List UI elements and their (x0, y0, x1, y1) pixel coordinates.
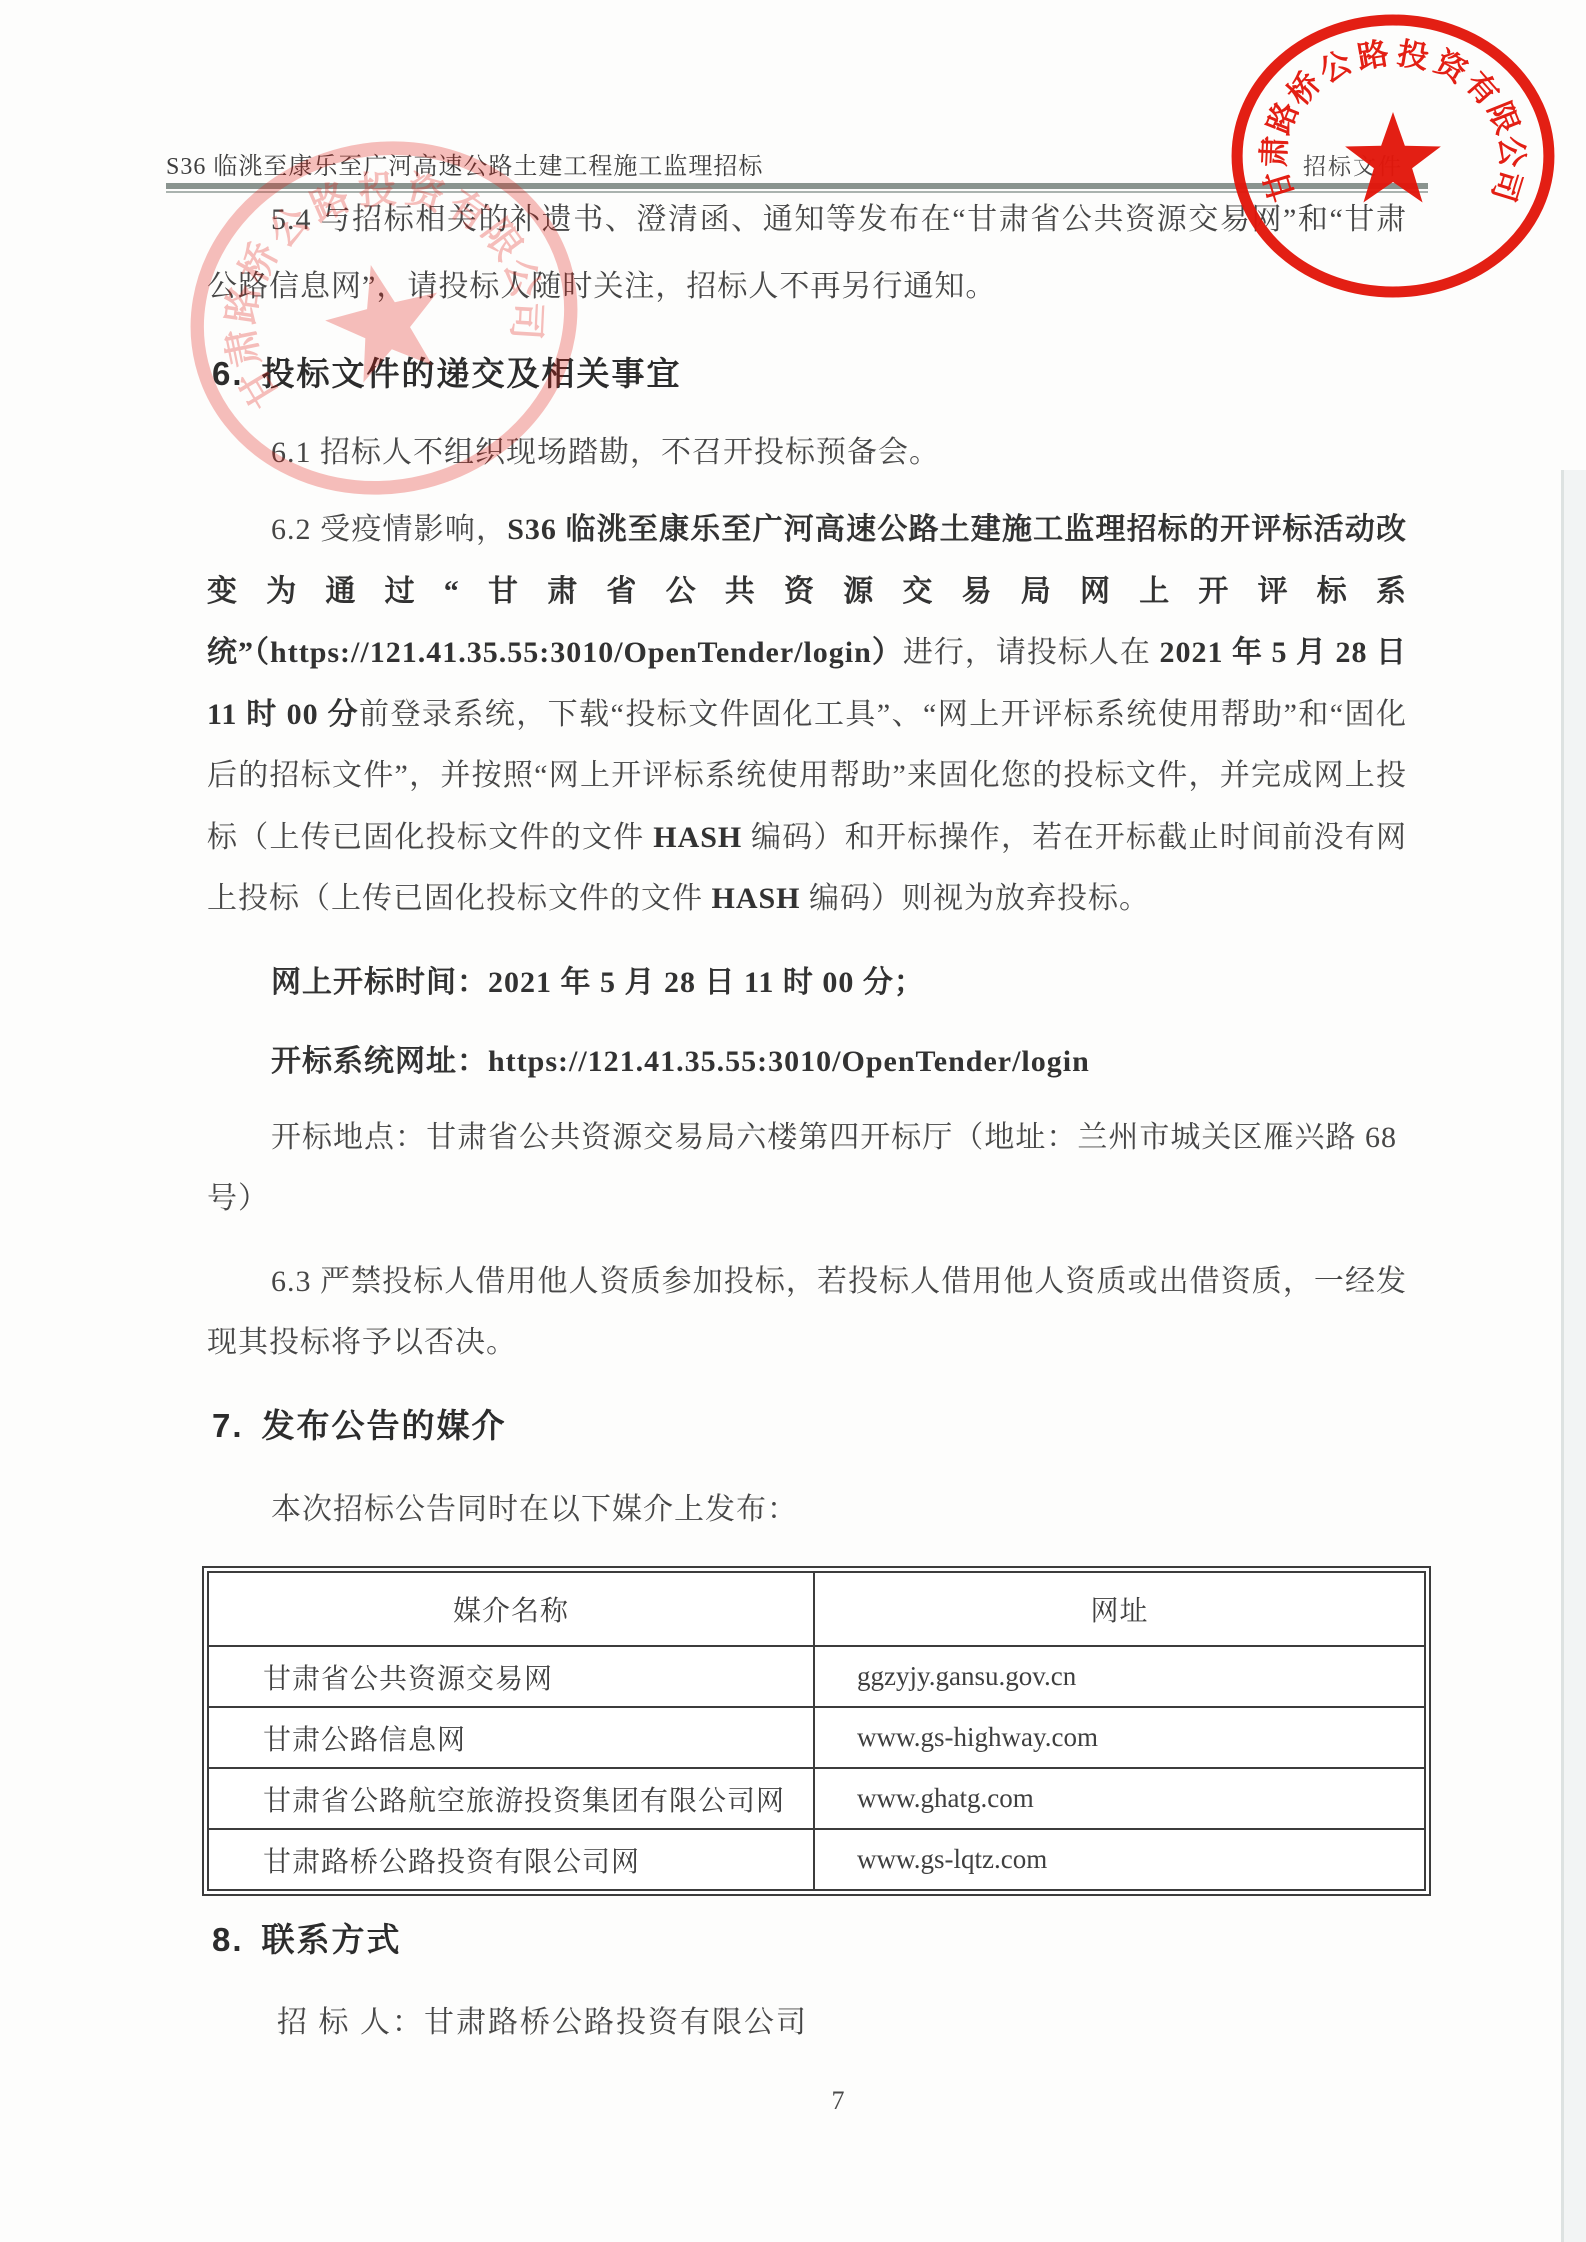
media-table-grid: 媒介名称 网址 甘肃省公共资源交易网ggzyjy.gansu.gov.cn甘肃公… (207, 1571, 1426, 1891)
paragraph-5-4: 5.4 与招标相关的补遗书、澄清函、通知等发布在“甘肃省公共资源交易网”和“甘肃… (207, 186, 1407, 320)
media-url-cell: www.ghatg.com (814, 1768, 1425, 1829)
header-divider-thin-line (166, 191, 1428, 193)
text-segment: 招 标 人：甘肃路桥公路投资有限公司 (277, 2006, 808, 2039)
paragraph-open-place: 开标地点：甘肃省公共资源交易局六楼第四开标厅（地址：兰州市城关区雁兴路 68 号… (207, 1107, 1397, 1229)
text-segment: 6.1 招标人不组织现场踏勘，不召开投标预备会。 (271, 436, 940, 469)
text-segment: 开标系统网址：https://121.41.35.55:3010/OpenTen… (271, 1045, 1090, 1078)
media-table-row: 甘肃省公共资源交易网ggzyjy.gansu.gov.cn (208, 1646, 1425, 1707)
paragraph-tenderer: 招 标 人：甘肃路桥公路投资有限公司 (207, 1998, 1477, 2048)
header-document-title: S36 临洮至康乐至广河高速公路土建工程施工监理招标 (166, 146, 763, 181)
media-table-header-row: 媒介名称 网址 (208, 1572, 1425, 1646)
section-6-title: 投标文件的递交及相关事宜 (262, 348, 682, 395)
seal-character: 路 (1261, 97, 1305, 139)
section-7-title: 发布公告的媒介 (262, 1400, 507, 1447)
paragraph-media-intro: 本次招标公告同时在以下媒介上发布： (207, 1484, 1407, 1536)
media-table-row: 甘肃路桥公路投资有限公司网www.gs-lqtz.com (208, 1829, 1425, 1890)
text-segment: 6.2 受疫情影响， (271, 513, 507, 546)
media-url-cell: ggzyjy.gansu.gov.cn (814, 1646, 1425, 1707)
media-name-cell: 甘肃公路信息网 (208, 1707, 814, 1768)
section-7-heading: 7. 发布公告的媒介 (212, 1400, 507, 1447)
section-6-number: 6. (212, 355, 244, 393)
text-segment: 5.4 与招标相关的补遗书、澄清函、通知等发布在“甘肃省公共资源交易网”和“甘肃… (207, 203, 1407, 303)
seal-character: 路 (1355, 36, 1392, 76)
text-segment: 开标地点：甘肃省公共资源交易局六楼第四开标厅（地址：兰州市城关区雁兴路 68 号… (207, 1121, 1397, 1215)
media-name-cell: 甘肃路桥公路投资有限公司网 (208, 1829, 814, 1890)
section-8-title: 联系方式 (262, 1914, 402, 1961)
scan-artifact-band (1563, 470, 1586, 2242)
section-8-number: 8. (212, 1921, 244, 1959)
seal-character: 限 (1481, 97, 1525, 139)
media-table-header-url: 网址 (814, 1572, 1425, 1646)
text-segment: 网上开标时间：2021 年 5 月 28 日 11 时 00 分； (271, 966, 925, 999)
header-divider-thick-line (166, 183, 1428, 189)
seal-character: 司 (1485, 166, 1528, 206)
media-table: 媒介名称 网址 甘肃省公共资源交易网ggzyjy.gansu.gov.cn甘肃公… (202, 1566, 1431, 1896)
media-name-cell: 甘肃省公共资源交易网 (208, 1646, 814, 1707)
media-table-header-name: 媒介名称 (208, 1572, 814, 1646)
seal-character: 有 (1459, 65, 1506, 111)
text-segment: 6.3 严禁投标人借用他人资质参加投标，若投标人借用他人资质或出借资质，一经发现… (207, 1265, 1407, 1359)
media-name-cell: 甘肃省公路航空旅游投资集团有限公司网 (208, 1768, 814, 1829)
paragraph-open-time: 网上开标时间：2021 年 5 月 28 日 11 时 00 分； (207, 957, 1407, 1009)
header-doc-type-label: 招标文件 (1303, 148, 1403, 181)
text-segment: 编码）则视为放弃投标。 (801, 882, 1151, 915)
paragraph-6-1: 6.1 招标人不组织现场踏勘，不召开投标预备会。 (207, 420, 1407, 486)
text-segment: 进行，请投标人在 (903, 636, 1160, 669)
seal-character: 肃 (1256, 135, 1292, 167)
paragraph-6-2: 6.2 受疫情影响，S36 临洮至康乐至广河高速公路土建施工监理招标的开评标活动… (207, 499, 1407, 930)
paragraph-6-3: 6.3 严禁投标人借用他人资质参加投标，若投标人借用他人资质或出借资质，一经发现… (207, 1251, 1407, 1373)
media-url-cell: www.gs-lqtz.com (814, 1829, 1425, 1890)
seal-character: 公 (1493, 135, 1529, 167)
header-divider (166, 183, 1428, 193)
section-7-number: 7. (212, 1407, 244, 1445)
scan-artifact-line (1561, 470, 1564, 2242)
section-8-heading: 8. 联系方式 (212, 1914, 402, 1961)
text-segment: HASH (653, 821, 742, 854)
media-table-body: 甘肃省公共资源交易网ggzyjy.gansu.gov.cn甘肃公路信息网www.… (208, 1646, 1425, 1890)
page-number: 7 (818, 2086, 858, 2116)
document-page: S36 临洮至康乐至广河高速公路土建工程施工监理招标 招标文件 5.4 与招标相… (0, 0, 1586, 2242)
seal-character: 投 (1395, 36, 1432, 76)
seal-character: 资 (1429, 44, 1474, 90)
text-segment: 本次招标公告同时在以下媒介上发布： (271, 1493, 798, 1526)
seal-character: 桥 (1280, 65, 1327, 111)
text-segment: HASH (712, 882, 801, 915)
section-6-heading: 6. 投标文件的递交及相关事宜 (212, 348, 682, 395)
seal-character: 公 (1313, 44, 1357, 90)
paragraph-open-system-url: 开标系统网址：https://121.41.35.55:3010/OpenTen… (207, 1036, 1407, 1088)
media-table-row: 甘肃省公路航空旅游投资集团有限公司网www.ghatg.com (208, 1768, 1425, 1829)
media-table-row: 甘肃公路信息网www.gs-highway.com (208, 1707, 1425, 1768)
media-url-cell: www.gs-highway.com (814, 1707, 1425, 1768)
